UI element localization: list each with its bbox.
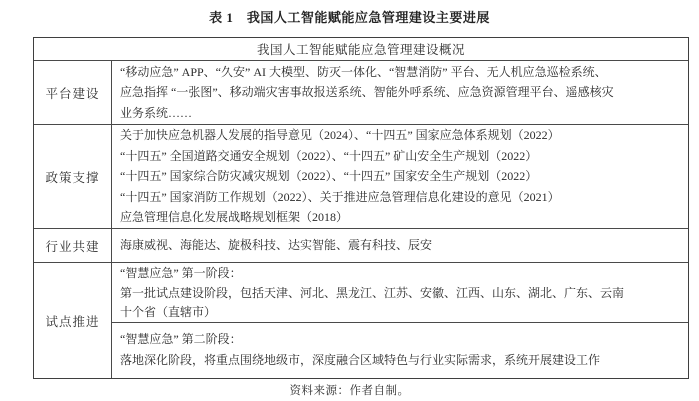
content-line: 十个省（直辖市）: [120, 302, 680, 322]
content-line: 海康威视、海能达、旋极科技、达实智能、震有科技、辰安: [120, 235, 680, 256]
pilot-phase2-cell: “智慧应急” 第二阶段： 落地深化阶段，将重点围绕地级市，深度融合区域特色与行业…: [112, 323, 688, 377]
content-line: 第一批试点建设阶段，包括天津、河北、黑龙江、江苏、安徽、江西、山东、湖北、广东、…: [120, 283, 680, 303]
row-label-pilot: 试点推进: [34, 263, 112, 378]
content-line: 落地深化阶段，将重点围绕地级市，深度融合区域特色与行业实际需求，系统开展建设工作: [120, 350, 680, 371]
table-caption: 表 1 我国人工智能赋能应急管理建设主要进展: [0, 7, 699, 26]
row-content-pilot: “智慧应急” 第一阶段： 第一批试点建设阶段，包括天津、河北、黑龙江、江苏、安徽…: [112, 263, 688, 378]
pilot-phase1-cell: “智慧应急” 第一阶段： 第一批试点建设阶段，包括天津、河北、黑龙江、江苏、安徽…: [112, 263, 688, 323]
row-label-policy: 政策支撑: [34, 125, 112, 228]
content-line: “智慧应急” 第一阶段：: [120, 263, 680, 283]
content-line: 应急管理信息化发展战略规划框架（2018）: [120, 207, 680, 228]
content-line: “移动应急” APP、“久安” AI 大模型、防灭一体化、“智慧消防” 平台、无…: [120, 62, 680, 83]
content-line: 业务系统……: [120, 103, 680, 124]
table-row-industry: 行业共建 海康威视、海能达、旋极科技、达实智能、震有科技、辰安: [34, 229, 688, 263]
table-row-pilot: 试点推进 “智慧应急” 第一阶段： 第一批试点建设阶段，包括天津、河北、黑龙江、…: [34, 263, 688, 378]
content-line: “十四五” 国家综合防灾减灾规划（2022）、“十四五” 国家安全生产规划（20…: [120, 166, 680, 187]
table-header: 我国人工智能赋能应急管理建设概况: [34, 38, 688, 61]
table-row-platform: 平台建设 “移动应急” APP、“久安” AI 大模型、防灭一体化、“智慧消防”…: [34, 61, 688, 125]
progress-table: 我国人工智能赋能应急管理建设概况 平台建设 “移动应急” APP、“久安” AI…: [33, 37, 689, 379]
row-label-platform: 平台建设: [34, 61, 112, 124]
content-line: “十四五” 国家消防工作规划（2022）、关于推进应急管理信息化建设的意见（20…: [120, 187, 680, 208]
content-line: “智慧应急” 第二阶段：: [120, 329, 680, 350]
table-row-policy: 政策支撑 关于加快应急机器人发展的指导意见（2024）、“十四五” 国家应急体系…: [34, 125, 688, 229]
content-line: 关于加快应急机器人发展的指导意见（2024）、“十四五” 国家应急体系规划（20…: [120, 125, 680, 146]
row-label-industry: 行业共建: [34, 229, 112, 262]
content-line: 应急指挥 “一张图”、移动端灾害事故报送系统、智能外呼系统、应急资源管理平台、遥…: [120, 82, 680, 103]
content-line: “十四五” 全国道路交通安全规划（2022）、“十四五” 矿山安全生产规划（20…: [120, 146, 680, 167]
row-content-industry: 海康威视、海能达、旋极科技、达实智能、震有科技、辰安: [112, 229, 688, 262]
row-content-policy: 关于加快应急机器人发展的指导意见（2024）、“十四五” 国家应急体系规划（20…: [112, 125, 688, 228]
row-content-platform: “移动应急” APP、“久安” AI 大模型、防灭一体化、“智慧消防” 平台、无…: [112, 61, 688, 124]
document-page: 表 1 我国人工智能赋能应急管理建设主要进展 我国人工智能赋能应急管理建设概况 …: [0, 0, 699, 401]
source-note: 资料来源：作者自制。: [0, 382, 699, 398]
